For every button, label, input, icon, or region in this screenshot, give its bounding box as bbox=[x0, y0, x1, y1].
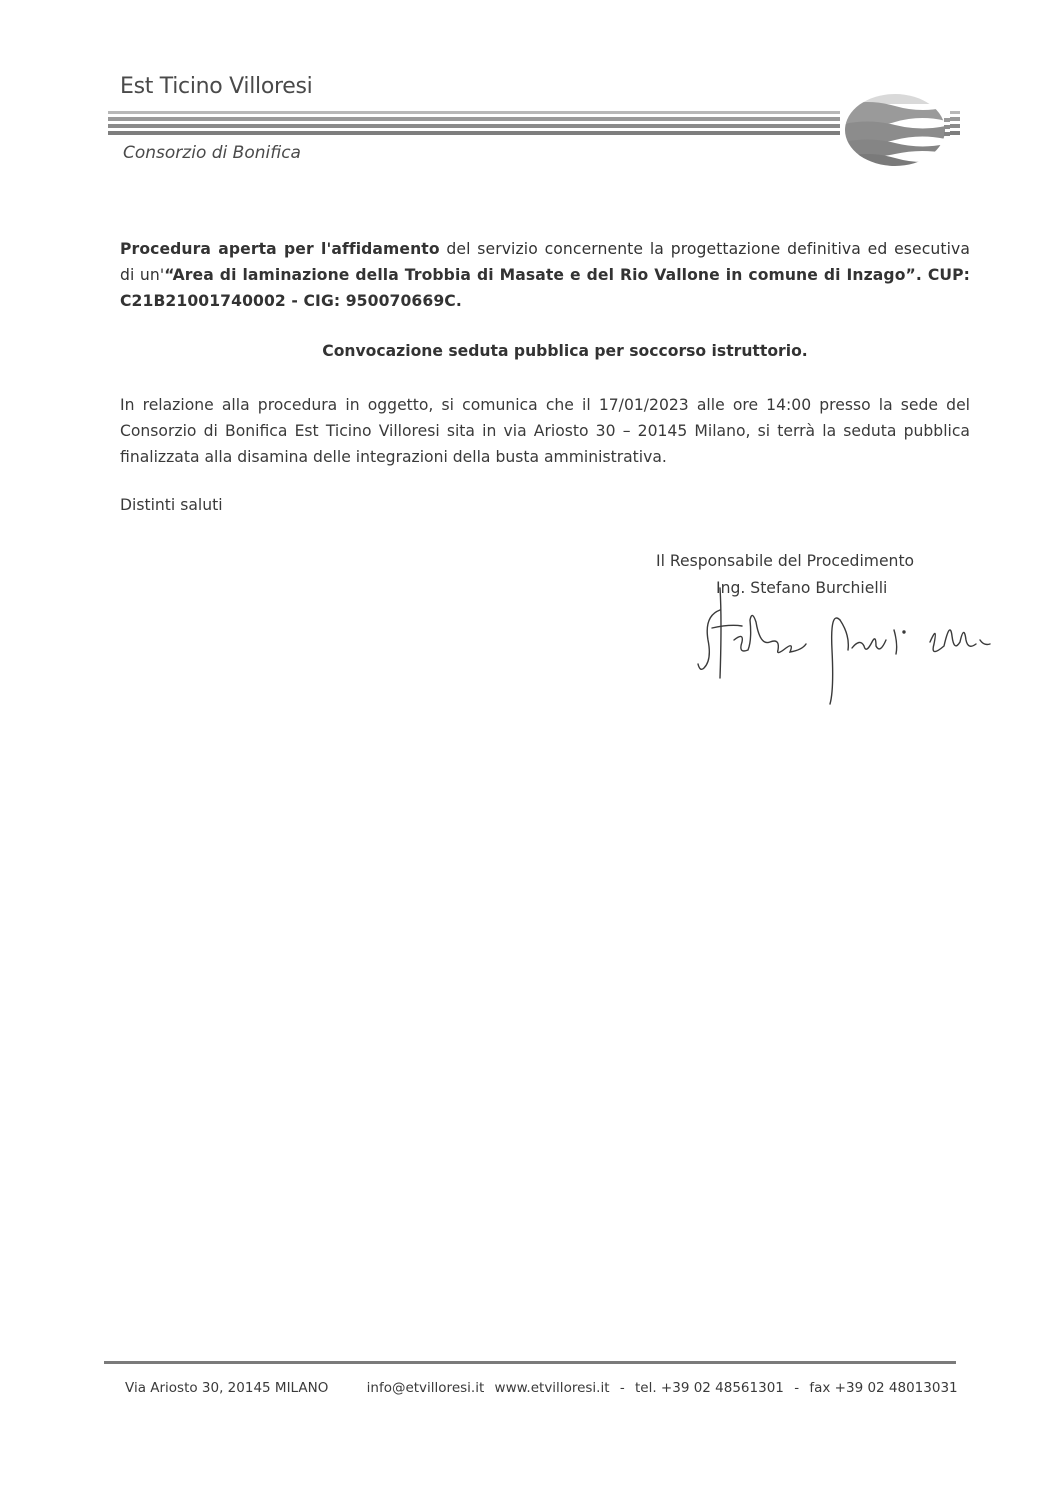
header-rule bbox=[108, 117, 960, 121]
footer-tel: tel. +39 02 48561301 bbox=[635, 1380, 784, 1396]
header-rules bbox=[108, 111, 960, 138]
footer-contacts: Via Ariosto 30, 20145 MILANO info@etvill… bbox=[125, 1380, 964, 1396]
header-rule bbox=[108, 124, 960, 128]
footer-rule bbox=[104, 1361, 956, 1364]
header-rule bbox=[108, 131, 960, 135]
body-paragraph: In relazione alla procedura in oggetto, … bbox=[120, 392, 970, 470]
closing-salutation: Distinti saluti bbox=[120, 496, 223, 514]
header-rule bbox=[108, 111, 960, 114]
organization-subtitle: Consorzio di Bonifica bbox=[123, 143, 301, 163]
subject-paragraph: Procedura aperta per l'affidamento del s… bbox=[120, 236, 970, 314]
footer-separator: - bbox=[620, 1380, 625, 1396]
footer-address: Via Ariosto 30, 20145 MILANO bbox=[125, 1380, 328, 1396]
waves-globe-logo-icon bbox=[840, 88, 950, 168]
signatory-role: Il Responsabile del Procedimento bbox=[656, 552, 914, 570]
organization-name: Est Ticino Villoresi bbox=[120, 74, 313, 99]
footer-fax: fax +39 02 48013031 bbox=[809, 1380, 957, 1396]
notice-heading: Convocazione seduta pubblica per soccors… bbox=[120, 342, 970, 360]
footer-email[interactable]: info@etvilloresi.it bbox=[367, 1380, 485, 1396]
signature-icon bbox=[690, 580, 1010, 710]
footer-website[interactable]: www.etvilloresi.it bbox=[495, 1380, 610, 1396]
subject-title: “Area di laminazione della Trobbia di Ma… bbox=[120, 266, 970, 310]
footer-separator: - bbox=[794, 1380, 799, 1396]
subject-lead: Procedura aperta per l'affidamento bbox=[120, 240, 440, 258]
